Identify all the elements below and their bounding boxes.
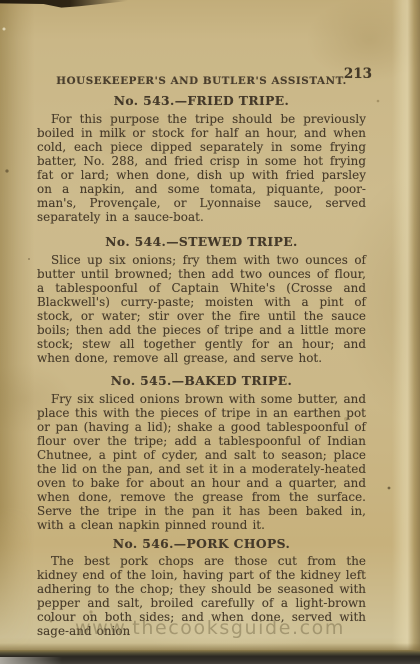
recipe-body-545: Fry six sliced onions brown with some bu… bbox=[37, 392, 366, 532]
page-number: 213 bbox=[344, 66, 372, 82]
recipe-body-543: For this purpose the tripe should be pre… bbox=[37, 112, 366, 224]
watermark-text: www.thecooksguide.com bbox=[0, 617, 420, 639]
recipe-body-544: Slice up six onions; fry them with two o… bbox=[37, 253, 366, 365]
running-header-title: HOUSEKEEPER'S AND BUTLER'S ASSISTANT. bbox=[56, 75, 347, 87]
bottom-left-light-patch bbox=[0, 657, 62, 664]
bottom-dark-band bbox=[0, 650, 420, 664]
bottom-edge-shading bbox=[0, 643, 420, 650]
recipe-heading-545: No. 545.—BAKED TRIPE. bbox=[37, 374, 366, 387]
scanned-book-page: HOUSEKEEPER'S AND BUTLER'S ASSISTANT. 21… bbox=[0, 0, 420, 664]
recipe-heading-543: No. 543.—FRIED TRIPE. bbox=[37, 94, 366, 107]
recipe-heading-546: No. 546.—PORK CHOPS. bbox=[37, 537, 366, 550]
text-column: HOUSEKEEPER'S AND BUTLER'S ASSISTANT. 21… bbox=[37, 0, 366, 638]
recipe-heading-544: No. 544.—STEWED TRIPE. bbox=[37, 235, 366, 248]
page-left-gutter-shadow bbox=[0, 0, 34, 650]
page-right-edge bbox=[392, 0, 420, 650]
running-header: HOUSEKEEPER'S AND BUTLER'S ASSISTANT. 21… bbox=[37, 69, 366, 82]
